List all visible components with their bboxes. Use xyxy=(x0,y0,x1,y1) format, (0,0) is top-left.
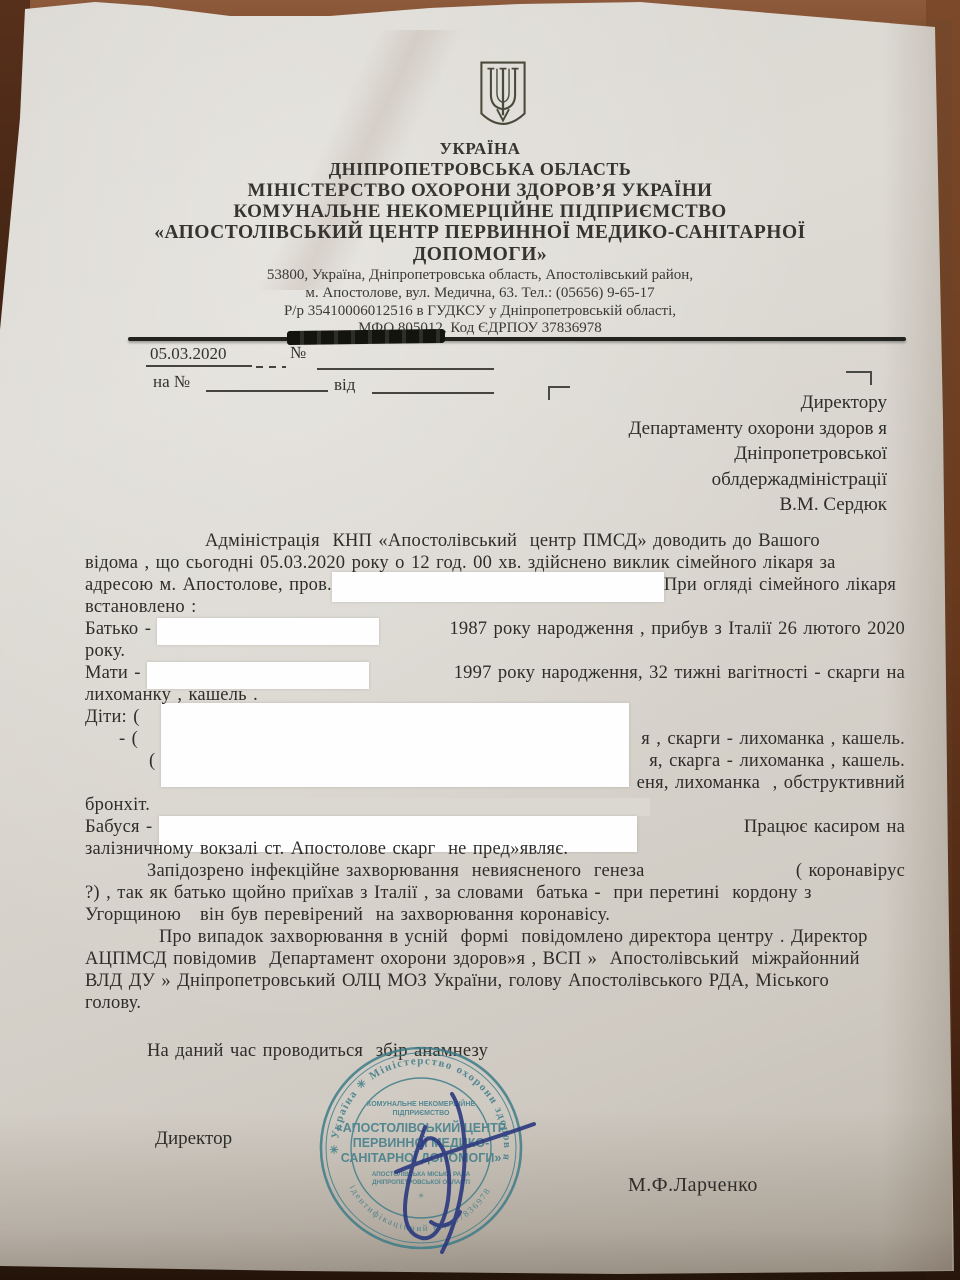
from-label: від xyxy=(334,375,355,395)
body-text: ?) , так як батько щойно приїхав з Італі… xyxy=(85,883,812,904)
body-line: встановлено : xyxy=(85,597,905,619)
body-text: Запідозрено інфекційне захворювання неви… xyxy=(147,861,645,882)
body-line: еня, лихоманка , обструктивний xyxy=(85,773,905,795)
addressee-line: Дніпропетровської xyxy=(467,441,887,467)
doc-number-label: № xyxy=(290,343,306,363)
letterhead-ministry: МІНІСТЕРСТВО ОХОРОНИ ЗДОРОВ’Я УКРАЇНИ xyxy=(0,180,960,202)
body-line: Бабуся - Працює касиром на xyxy=(85,817,905,839)
body-line: Адміністрація КНП «Апостолівський центр … xyxy=(85,531,905,553)
body-text: встановлено : xyxy=(85,597,196,618)
signer-name: М.Ф.Ларченко xyxy=(628,1174,758,1197)
body-text: лихоманку , кашель . xyxy=(85,685,258,706)
body-text: Працює касиром на xyxy=(744,817,905,838)
letterhead-org-name-2: ДОПОМОГИ» xyxy=(0,244,960,266)
body-text: Угорщиною він був перевірений на захворю… xyxy=(85,905,610,926)
body-text: - ( xyxy=(119,729,138,750)
body-line: АЦПМСД повідомив Департамент охорони здо… xyxy=(85,949,905,971)
body-line: бронхіт. xyxy=(85,795,905,817)
body-text: Діти: ( xyxy=(85,707,140,728)
marker-redaction xyxy=(287,329,445,345)
addressee-line: В.М. Сердюк xyxy=(467,492,887,518)
body-text: я , скарги - лихоманка , кашель. xyxy=(641,729,905,750)
body-line: голову. xyxy=(85,993,905,1015)
letterhead-country: УКРАЇНА xyxy=(0,139,960,159)
letterhead-address-2: м. Апостолове, вул. Медична, 63. Тел.: (… xyxy=(0,285,960,302)
body-text: 1997 року народження, 32 тижні вагітност… xyxy=(454,663,905,684)
body-text: Мати - xyxy=(85,663,147,684)
photo-of-document: УКРАЇНА ДНІПРОПЕТРОВСЬКА ОБЛАСТЬ МІНІСТЕ… xyxy=(0,0,960,1280)
body-line: Мати - 1997 року народження, 32 тижні ва… xyxy=(85,663,905,685)
corner-mark-right xyxy=(846,371,872,385)
letterhead-org-type: КОМУНАЛЬНЕ НЕКОМЕРЦІЙНЕ ПІДПРИЄМСТВО xyxy=(0,201,960,223)
letterhead-address-4: МФО 805012, Код ЄДРПОУ 37836978 xyxy=(0,320,960,337)
body-text: адресою м. Апостолове, пров. xyxy=(85,575,332,596)
body-text: Адміністрація КНП «Апостолівський центр … xyxy=(205,531,820,552)
addressee-line: облдержадміністрації xyxy=(467,467,887,493)
body-line: лихоманку , кашель . xyxy=(85,685,905,707)
body-line: залізничному вокзалі ст. Апостолове скар… xyxy=(85,839,905,861)
body-line: Діти: ( xyxy=(85,707,905,729)
letterhead-address-3: Р/р 35410006012516 в ГУДКСУ у Дніпропетр… xyxy=(0,303,960,320)
body-text: Про випадок захворювання в усній формі п… xyxy=(159,927,868,948)
body-text: 1987 року народження , прибув з Італії 2… xyxy=(449,619,905,640)
body-text: ( коронавірус xyxy=(796,861,905,882)
body: Адміністрація КНП «Апостолівський центр … xyxy=(85,531,905,1063)
signer-title: Директор xyxy=(155,1128,232,1150)
body-text: ( xyxy=(149,751,155,772)
body-line: Батько - 1987 року народження , прибув з… xyxy=(85,619,905,641)
addressee-block: Директору Департаменту охорони здоров я … xyxy=(467,390,887,518)
body-text: АЦПМСД повідомив Департамент охорони здо… xyxy=(85,949,860,970)
body-text: відома , що сьогодні 05.03.2020 року о 1… xyxy=(85,553,836,574)
body-line: Про випадок захворювання в усній формі п… xyxy=(85,927,905,949)
body-text: залізничному вокзалі ст. Апостолове скар… xyxy=(85,839,568,860)
body-text: я, скарга - лихоманка , кашель. xyxy=(649,751,905,772)
on-number-label: на № xyxy=(153,372,190,392)
separator-line xyxy=(128,337,906,341)
body-line: Угорщиною він був перевірений на захворю… xyxy=(85,905,905,927)
body-line: (я, скарга - лихоманка , кашель. xyxy=(85,751,905,773)
body-text: еня, лихоманка , обструктивний xyxy=(637,773,905,794)
redaction-box xyxy=(150,798,650,816)
letterhead-org-name-1: «АПОСТОЛІВСЬКИЙ ЦЕНТР ПЕРВИННОЇ МЕДИКО-С… xyxy=(0,222,960,244)
body-line: ВЛД ДУ » Дніпропетровський ОЛЦ МОЗ Украї… xyxy=(85,971,905,993)
letterhead-region: ДНІПРОПЕТРОВСЬКА ОБЛАСТЬ xyxy=(0,159,960,180)
body-text: бронхіт. xyxy=(85,795,150,816)
body-line: Запідозрено інфекційне захворювання неви… xyxy=(85,861,905,883)
addressee-line: Директору xyxy=(467,390,887,416)
body-text: ВЛД ДУ » Дніпропетровський ОЛЦ МОЗ Украї… xyxy=(85,971,829,992)
body-text: При огляді сімейного лікаря xyxy=(664,575,896,596)
body-text: Бабуся - xyxy=(85,817,159,838)
body-line: року. xyxy=(85,641,905,663)
body-line: ?) , так як батько щойно приїхав з Італі… xyxy=(85,883,905,905)
body-text: голову. xyxy=(85,993,141,1014)
body-line: - (я , скарги - лихоманка , кашель. xyxy=(85,729,905,751)
handwritten-signature xyxy=(330,1072,570,1262)
letterhead-address-1: 53800, Україна, Дніпропетровська область… xyxy=(0,267,960,284)
body-line: адресою м. Апостолове, пров.При огляді с… xyxy=(85,575,905,597)
ukraine-trident-emblem xyxy=(477,60,529,136)
addressee-line: Департаменту охорони здоров я xyxy=(467,416,887,442)
doc-date: 05.03.2020 xyxy=(150,344,227,364)
body-text: року. xyxy=(85,641,125,662)
body-text: Батько - xyxy=(85,619,157,640)
